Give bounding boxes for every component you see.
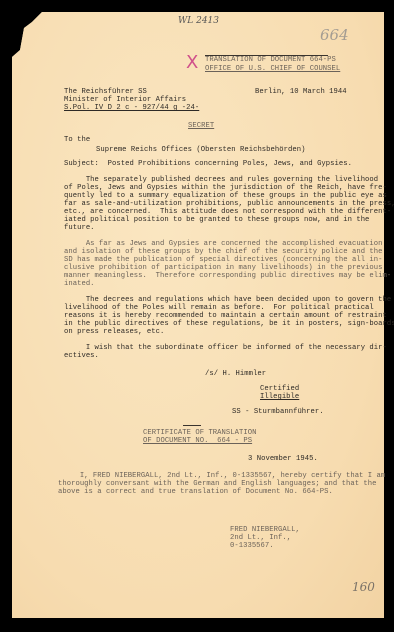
illegible-label: Illegible [260, 393, 299, 401]
paragraph-line: iated political position to be granted t… [64, 216, 369, 224]
paragraph-line: future. [64, 224, 95, 232]
letter-date: Berlin, 10 March 1944 [255, 88, 347, 96]
subject-line: Subject: Posted Prohibitions concerning … [64, 160, 352, 168]
classification-label: SECRET [188, 122, 214, 130]
translator-serial: 0-1335567. [230, 542, 274, 550]
paragraph-line: on press releases, etc. [64, 328, 164, 336]
recipient-name: Supreme Reichs Offices (Obersten Reichsb… [96, 146, 305, 154]
certificate-title-line2: OF DOCUMENT NO. 664 - PS [143, 437, 252, 445]
translation-header-line1: TRANSLATION OF DOCUMENT 664-PS [205, 56, 336, 64]
translation-header-line2: OFFICE OF U.S. CHIEF OF COUNSEL [205, 65, 340, 73]
handwritten-page-number: 160 [352, 580, 375, 594]
recipient-to: To the [64, 136, 90, 144]
certificate-line: above is a correct and true translation … [58, 488, 333, 496]
paragraph-line: inated. [64, 280, 95, 288]
handwritten-reference: WL 2413 [178, 16, 219, 26]
pink-x-mark: X [186, 52, 198, 73]
paragraph-line: manner meaningless. Therefore correspond… [64, 272, 391, 280]
signer-rank: SS - Sturmbannführer. [232, 408, 324, 416]
certificate-top-rule [183, 425, 201, 426]
certificate-date: 3 November 1945. [248, 455, 318, 463]
sender-reference: S.Pol. IV D 2 c - 927/44 g -24- [64, 104, 199, 112]
paragraph-line: I wish that the subordinate officer be i… [64, 344, 387, 352]
handwritten-document-number: 664 [320, 26, 349, 44]
signature-line: /s/ H. Himmler [205, 370, 266, 378]
paragraph-line: ectives. [64, 352, 99, 360]
